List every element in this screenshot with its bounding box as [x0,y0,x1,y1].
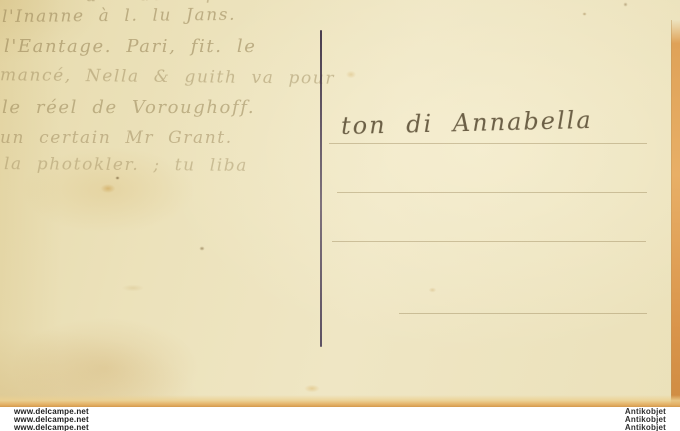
stain [199,246,205,251]
watermark-line: www.delcampe.net [14,424,89,431]
stain [99,183,117,194]
address-line [332,241,646,242]
message-line: l'Eantage. Pari, fit. le [4,36,257,57]
message-line: un certain Mr Grant. [0,128,233,148]
address-line [399,313,647,314]
stain [623,2,628,7]
stain [428,287,437,293]
message-line: mancé, Nella & guith va pour [0,65,335,89]
stain [120,284,146,292]
watermark-antikobjet: Antikobjet Antikobjet Antikobjet [625,408,666,431]
postcard-back: a de par l'Inanne à l. lu Jans. l'Eantag… [0,0,680,408]
address-handwriting: ton di Annabella [341,106,593,140]
stain [345,70,357,79]
address-line [329,143,647,144]
watermark-delcampe: www.delcampe.net www.delcampe.net www.de… [14,408,89,431]
stain [115,176,120,180]
postcard-right-edge [671,20,680,408]
watermark-strip: www.delcampe.net www.delcampe.net www.de… [0,407,680,431]
divider-line [320,30,322,347]
message-line: le réel de Voroughoff. [2,97,255,118]
stain [303,384,321,393]
watermark-line: Antikobjet [625,424,666,431]
message-line: la photokler. ; tu liba [4,154,248,176]
message-line: l'Inanne à l. lu Jans. [2,5,236,27]
address-line [337,192,647,193]
postcard-scan: a de par l'Inanne à l. lu Jans. l'Eantag… [0,0,680,431]
stain [582,12,587,16]
